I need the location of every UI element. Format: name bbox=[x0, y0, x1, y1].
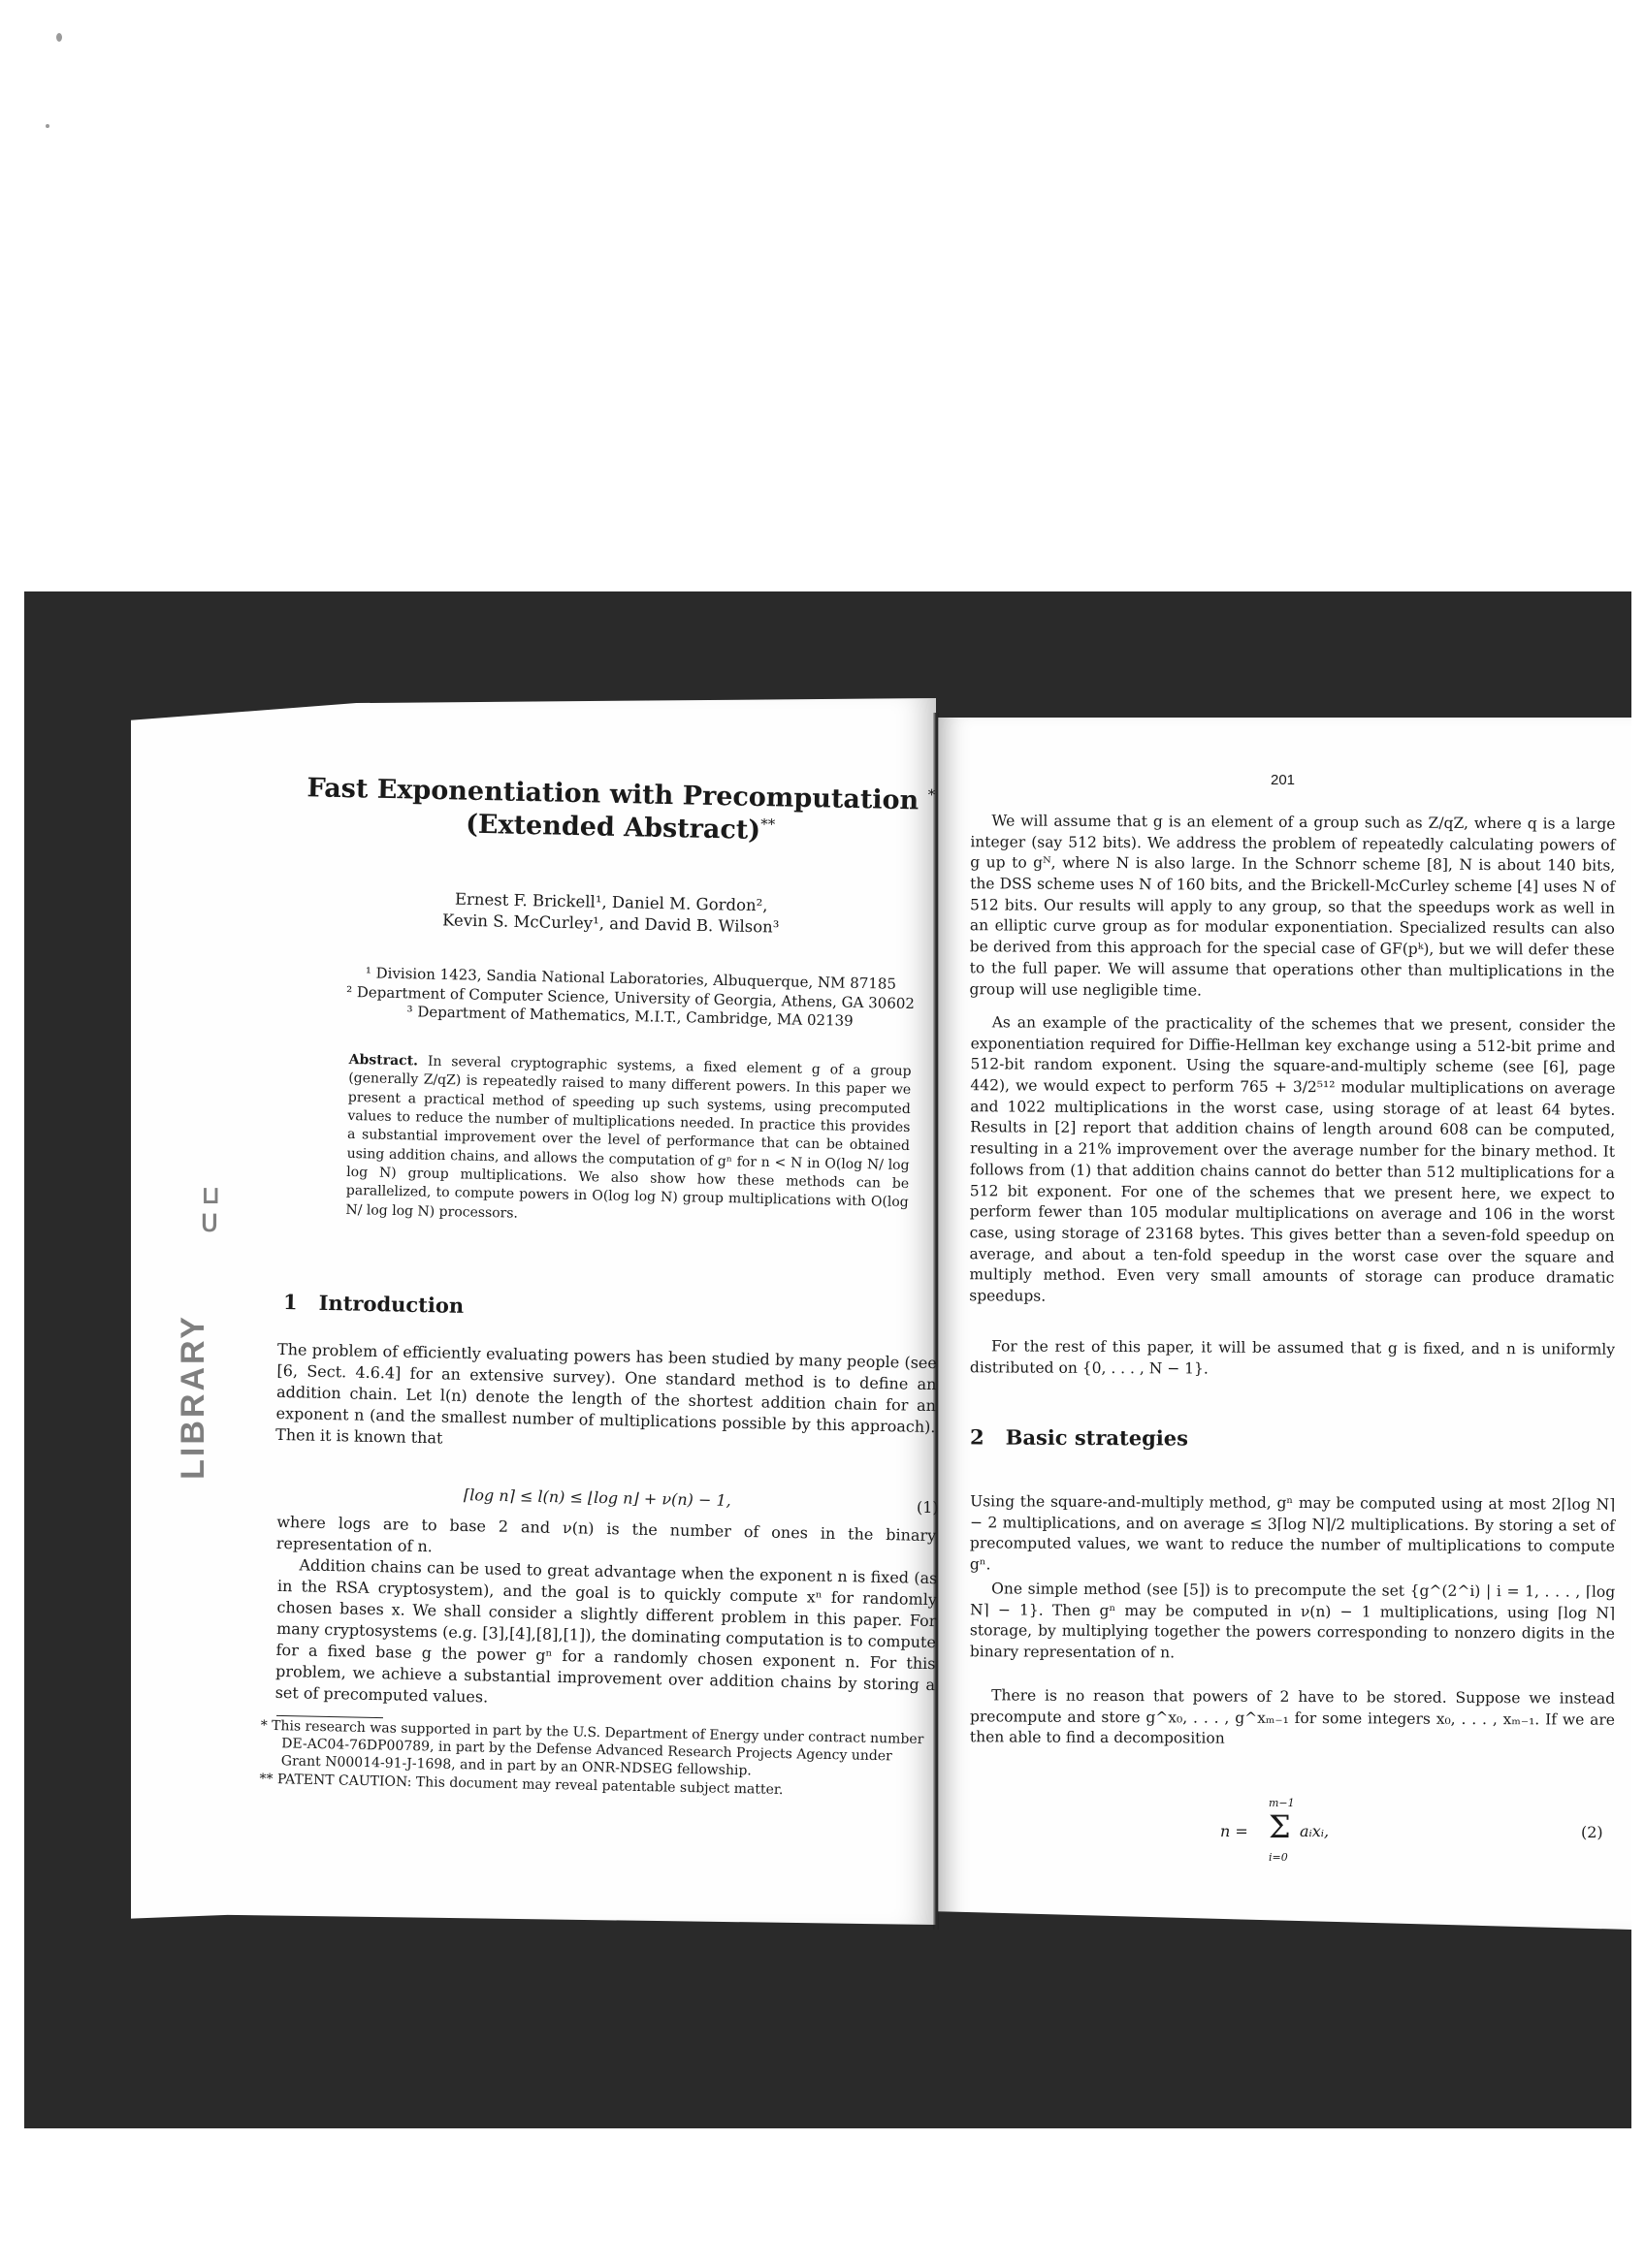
title-footnote-mark: * bbox=[928, 786, 936, 804]
title-line-2: (Extended Abstract) bbox=[466, 809, 761, 845]
library-stamp: LIBRARY bbox=[175, 1314, 212, 1480]
sum-symbol: Σ bbox=[1269, 1808, 1291, 1845]
equation-2-lhs: n = bbox=[1220, 1822, 1248, 1840]
abstract: Abstract. In several cryptographic syste… bbox=[345, 1051, 912, 1231]
right-paragraph-3: For the rest of this paper, it will be a… bbox=[970, 1336, 1615, 1382]
section-title: Basic strategies bbox=[1006, 1425, 1188, 1451]
footnotes: * This research was supported in part by… bbox=[259, 1717, 929, 1802]
section-title: Introduction bbox=[318, 1291, 464, 1318]
book-gutter bbox=[933, 713, 939, 1930]
intro-paragraph-3: Addition chains can be used to great adv… bbox=[274, 1554, 937, 1718]
scan-speck bbox=[56, 33, 62, 42]
right-paragraph-1: We will assume that g is an element of a… bbox=[969, 811, 1615, 1004]
intro-paragraph-1: The problem of efficiently evaluating po… bbox=[275, 1339, 937, 1460]
abstract-label: Abstract. bbox=[349, 1052, 419, 1069]
equation-2-rhs: aᵢxᵢ, bbox=[1300, 1822, 1329, 1840]
library-stamp-small: ᑎ⊏ bbox=[197, 1183, 224, 1235]
right-paragraph-2: As an example of the practicality of the… bbox=[969, 1012, 1616, 1310]
page-number: 201 bbox=[1271, 772, 1295, 788]
section-heading-introduction: 1Introduction bbox=[283, 1290, 465, 1318]
section-number: 2 bbox=[970, 1424, 984, 1449]
equation-1-number: (1) bbox=[917, 1498, 939, 1517]
basic-paragraph-2: One simple method (see [5]) is to precom… bbox=[970, 1579, 1615, 1666]
abstract-text: In several cryptographic systems, a fixe… bbox=[345, 1054, 911, 1221]
section-heading-basic-strategies: 2Basic strategies bbox=[970, 1424, 1188, 1450]
section-number: 1 bbox=[283, 1290, 298, 1314]
equation-2-lower-limit: i=0 bbox=[1269, 1851, 1288, 1864]
basic-paragraph-3: There is no reason that powers of 2 have… bbox=[970, 1685, 1615, 1752]
equation-2: n = m−1 Σ i=0 aᵢxᵢ, bbox=[1220, 1789, 1414, 1876]
scan-speck bbox=[46, 124, 49, 128]
paper-title: Fast Exponentiation with Precomputation … bbox=[290, 772, 951, 851]
equation-2-number: (2) bbox=[1581, 1823, 1603, 1841]
basic-paragraph-1: Using the square-and-multiply method, gⁿ… bbox=[970, 1491, 1615, 1579]
subtitle-footnote-mark: ** bbox=[760, 815, 775, 833]
